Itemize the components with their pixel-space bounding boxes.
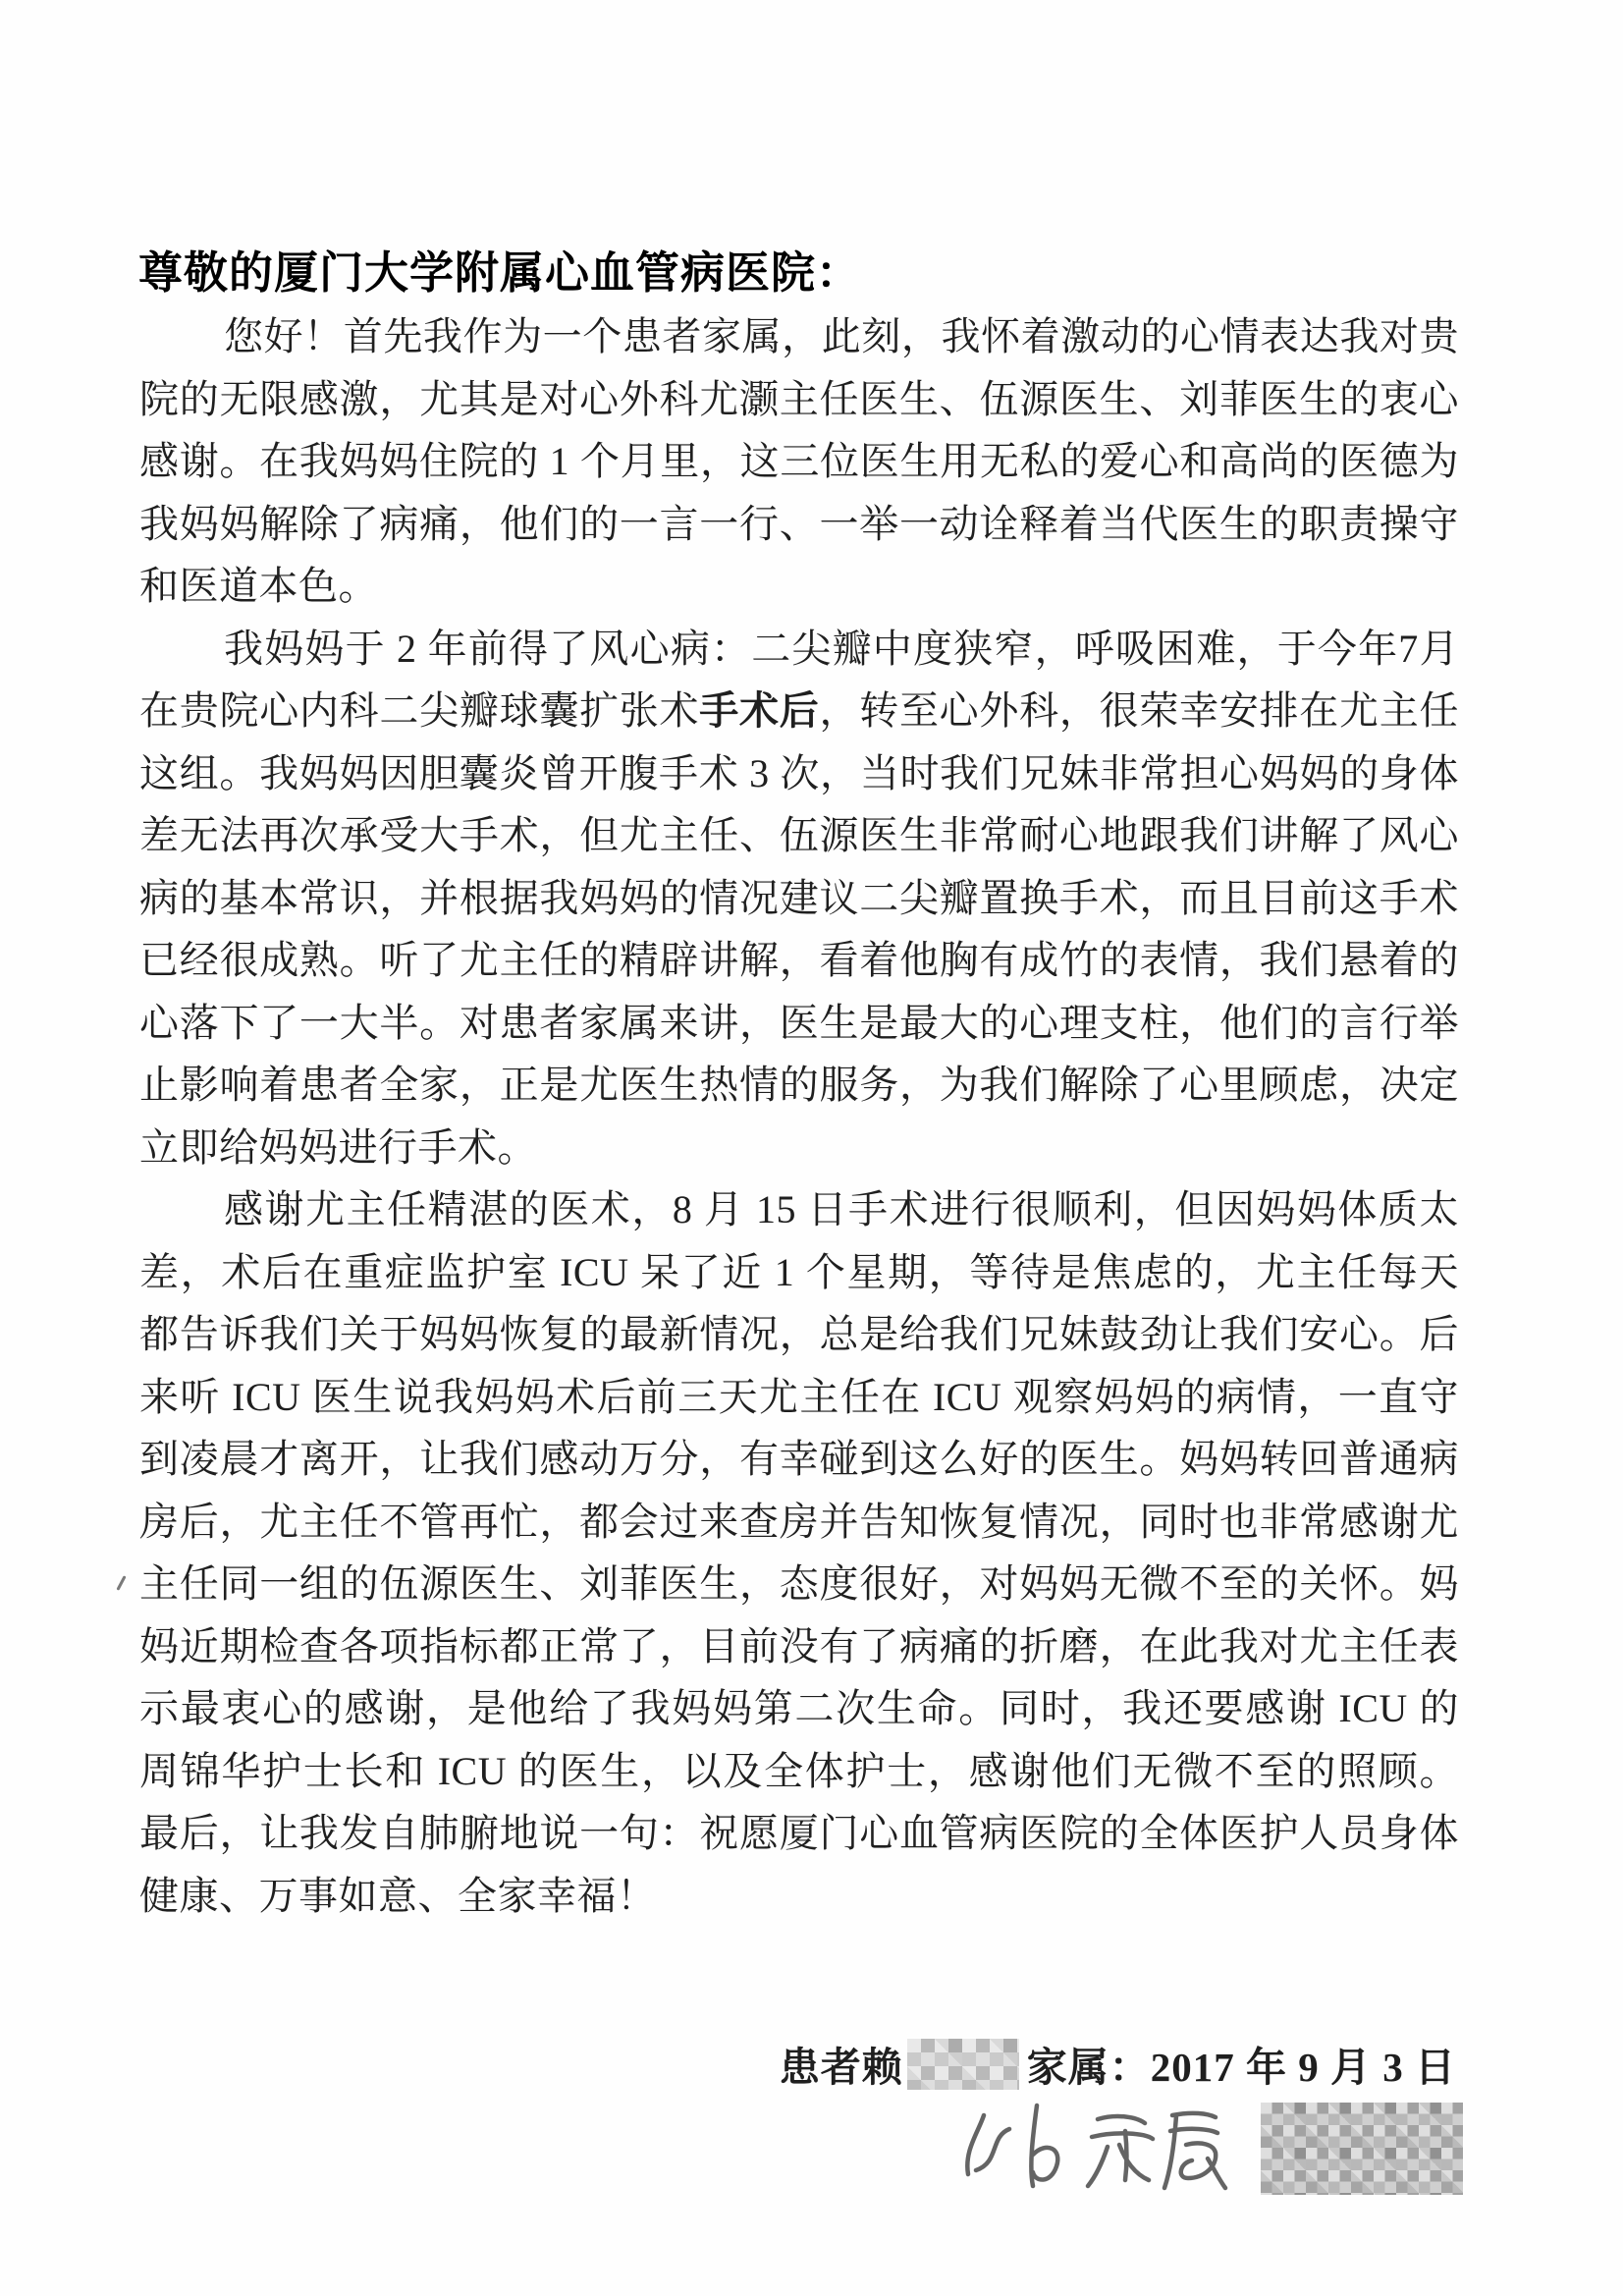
signoff-suffix: 家属：: [1027, 2035, 1151, 2093]
paragraph-3: 感谢尤主任精湛的医术，8 月 15 日手术进行很顺利，但因妈妈体质太差，术后在重…: [139, 1178, 1459, 1927]
signoff-date: 2017 年 9 月 3 日: [1151, 2035, 1456, 2093]
letter-page: 尊敬的厦门大学附属心血管病医院： 您好！首先我作为一个患者家属，此刻，我怀着激动…: [0, 0, 1623, 2296]
letter-body: 您好！首先我作为一个患者家属，此刻，我怀着激动的心情表达我对贵院的无限感激，尤其…: [139, 305, 1459, 1927]
paragraph-1: 您好！首先我作为一个患者家属，此刻，我怀着激动的心情表达我对贵院的无限感激，尤其…: [139, 305, 1459, 618]
handwriting-scribble: [950, 2090, 1235, 2208]
paragraph-2-text-after: ，转至心外科，很荣幸安排在尤主任这组。我妈妈因胆囊炎曾开腹手术 3 次，当时我们…: [139, 688, 1459, 1170]
scan-stray-mark: [116, 1575, 126, 1591]
paragraph-2: 我妈妈于 2 年前得了风心病：二尖瓣中度狭窄，呼吸困难，于今年7月在贵院心内科二…: [139, 618, 1459, 1179]
redacted-handwritten-name-block: [1261, 2103, 1463, 2195]
paragraph-2-bold-run-post-surgery: 手术后: [699, 688, 819, 733]
handwritten-signature: [950, 2090, 1463, 2208]
salutation: 尊敬的厦门大学附属心血管病医院：: [138, 247, 861, 299]
signoff-prefix: 患者赖: [780, 2035, 903, 2093]
signoff-line: 患者赖 家属： 2017 年 9 月 3 日: [780, 2035, 1456, 2093]
redacted-patient-name-block: [907, 2039, 1019, 2090]
